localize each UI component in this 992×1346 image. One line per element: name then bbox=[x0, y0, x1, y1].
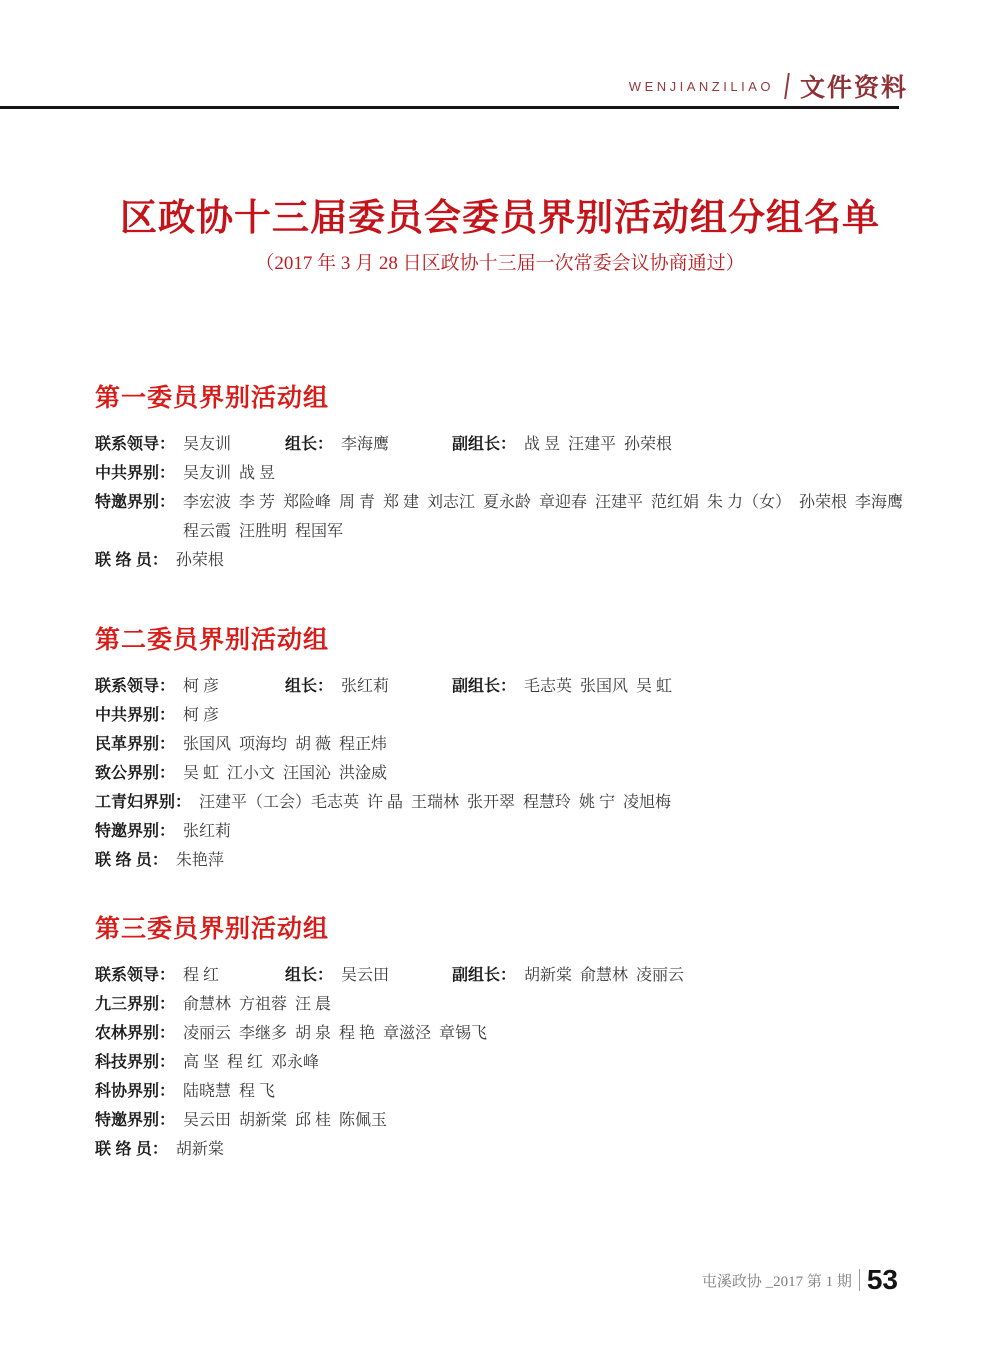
leaders-row: 联系领导： 吴友训 组长： 李海鹰 副组长： 战 昱 汪建平 孙荣根 bbox=[95, 430, 905, 459]
row-label: 组长： bbox=[285, 430, 333, 459]
member-row: 联 络 员： 胡新棠 bbox=[95, 1135, 905, 1164]
row-value: 柯 彦 bbox=[183, 672, 285, 701]
row-value: 战 昱 汪建平 孙荣根 bbox=[524, 430, 905, 459]
member-row: 联 络 员： 朱艳萍 bbox=[95, 846, 905, 875]
row-value: 李宏波 李 芳 郑险峰 周 青 郑 建 刘志江 夏永龄 章迎春 汪建平 范红娟 … bbox=[183, 488, 905, 546]
member-row: 特邀界别： 张红莉 bbox=[95, 817, 905, 846]
row-label: 中共界别： bbox=[95, 459, 175, 488]
header-latin-eyebrow: WENJIANZILIAO bbox=[629, 79, 774, 94]
row-label: 联 络 员： bbox=[95, 846, 168, 875]
row-value: 胡新棠 bbox=[176, 1135, 905, 1164]
row-label: 副组长： bbox=[452, 430, 516, 459]
row-label: 组长： bbox=[285, 961, 333, 990]
document-subtitle: （2017 年 3 月 28 日区政协十三届一次常委会议协商通过） bbox=[95, 251, 905, 277]
row-value: 吴云田 bbox=[341, 961, 452, 990]
row-value: 汪建平（工会）毛志英 许 晶 王瑞林 张开翠 程慧玲 姚 宁 凌旭梅 bbox=[199, 788, 905, 817]
row-value: 高 坚 程 红 邓永峰 bbox=[183, 1048, 905, 1077]
section-heading: 第二委员界别活动组 bbox=[95, 623, 905, 657]
row-value: 陆晓慧 程 飞 bbox=[183, 1077, 905, 1106]
row-value: 张红莉 bbox=[341, 672, 452, 701]
row-value: 吴云田 胡新棠 邱 桂 陈佩玉 bbox=[183, 1106, 905, 1135]
group-section-2: 第二委员界别活动组 联系领导： 柯 彦 组长： 张红莉 副组长： 毛志英 张国风… bbox=[95, 623, 905, 875]
leader-pair-deputy: 副组长： 战 昱 汪建平 孙荣根 bbox=[452, 430, 905, 459]
row-value: 李海鹰 bbox=[341, 430, 452, 459]
row-value: 俞慧林 方祖蓉 汪 晨 bbox=[183, 990, 905, 1019]
row-value: 柯 彦 bbox=[183, 701, 905, 730]
member-row: 工青妇界别： 汪建平（工会）毛志英 许 晶 王瑞林 张开翠 程慧玲 姚 宁 凌旭… bbox=[95, 788, 905, 817]
row-value: 吴 虹 江小文 汪国沁 洪淦威 bbox=[183, 759, 905, 788]
row-label: 中共界别： bbox=[95, 701, 175, 730]
row-label: 联 络 员： bbox=[95, 1135, 168, 1164]
row-label: 特邀界别： bbox=[95, 1106, 175, 1135]
row-label: 特邀界别： bbox=[95, 488, 175, 517]
group-section-3: 第三委员界别活动组 联系领导： 程 红 组长： 吴云田 副组长： 胡新棠 俞慧林… bbox=[95, 912, 905, 1164]
top-horizontal-rule bbox=[0, 106, 899, 109]
member-row: 科技界别： 高 坚 程 红 邓永峰 bbox=[95, 1048, 905, 1077]
row-label: 副组长： bbox=[452, 961, 516, 990]
leaders-row: 联系领导： 柯 彦 组长： 张红莉 副组长： 毛志英 张国风 吴 虹 bbox=[95, 672, 905, 701]
row-label: 科技界别： bbox=[95, 1048, 175, 1077]
member-row: 联 络 员： 孙荣根 bbox=[95, 546, 905, 575]
leader-pair-contact: 联系领导： 程 红 bbox=[95, 961, 285, 990]
document-content: 区政协十三届委员会委员界别活动组分组名单 （2017 年 3 月 28 日区政协… bbox=[95, 196, 905, 1164]
leader-pair-deputy: 副组长： 毛志英 张国风 吴 虹 bbox=[452, 672, 905, 701]
member-row: 民革界别： 张国风 项海均 胡 薇 程正炜 bbox=[95, 730, 905, 759]
row-value: 凌丽云 李继多 胡 泉 程 艳 章滋泾 章锡飞 bbox=[183, 1019, 905, 1048]
row-label: 联系领导： bbox=[95, 961, 175, 990]
leader-pair-contact: 联系领导： 柯 彦 bbox=[95, 672, 285, 701]
footer-journal-title: 屯溪政协 _2017 第 1 期 bbox=[702, 1270, 852, 1291]
row-label: 联系领导： bbox=[95, 430, 175, 459]
leader-pair-head: 组长： 李海鹰 bbox=[285, 430, 452, 459]
leader-pair-head: 组长： 张红莉 bbox=[285, 672, 452, 701]
row-value: 程 红 bbox=[183, 961, 285, 990]
row-label: 九三界别： bbox=[95, 990, 175, 1019]
footer-divider-bar bbox=[859, 1269, 860, 1291]
leader-pair-deputy: 副组长： 胡新棠 俞慧林 凌丽云 bbox=[452, 961, 905, 990]
page-footer: 屯溪政协 _2017 第 1 期 53 bbox=[702, 1266, 898, 1294]
row-label: 联 络 员： bbox=[95, 546, 168, 575]
row-value: 吴友训 bbox=[183, 430, 285, 459]
leader-pair-contact: 联系领导： 吴友训 bbox=[95, 430, 285, 459]
member-row: 致公界别： 吴 虹 江小文 汪国沁 洪淦威 bbox=[95, 759, 905, 788]
member-row: 中共界别： 吴友训 战 昱 bbox=[95, 459, 905, 488]
page-header: WENJIANZILIAO 文件资料 bbox=[629, 68, 908, 104]
leader-pair-head: 组长： 吴云田 bbox=[285, 961, 452, 990]
section-heading: 第三委员界别活动组 bbox=[95, 912, 905, 946]
row-label: 民革界别： bbox=[95, 730, 175, 759]
row-label: 科协界别： bbox=[95, 1077, 175, 1106]
header-divider-bar bbox=[784, 73, 790, 99]
row-value: 张红莉 bbox=[183, 817, 905, 846]
member-row: 中共界别： 柯 彦 bbox=[95, 701, 905, 730]
row-label: 工青妇界别： bbox=[95, 788, 191, 817]
row-label: 特邀界别： bbox=[95, 817, 175, 846]
group-section-1: 第一委员界别活动组 联系领导： 吴友训 组长： 李海鹰 副组长： 战 昱 汪建平… bbox=[95, 381, 905, 575]
row-value: 孙荣根 bbox=[176, 546, 905, 575]
leaders-row: 联系领导： 程 红 组长： 吴云田 副组长： 胡新棠 俞慧林 凌丽云 bbox=[95, 961, 905, 990]
document-title: 区政协十三届委员会委员界别活动组分组名单 bbox=[95, 196, 905, 240]
member-row: 特邀界别： 李宏波 李 芳 郑险峰 周 青 郑 建 刘志江 夏永龄 章迎春 汪建… bbox=[95, 488, 905, 546]
row-value: 胡新棠 俞慧林 凌丽云 bbox=[524, 961, 905, 990]
footer-page-number: 53 bbox=[867, 1266, 898, 1294]
member-row: 科协界别： 陆晓慧 程 飞 bbox=[95, 1077, 905, 1106]
row-value: 朱艳萍 bbox=[176, 846, 905, 875]
row-label: 副组长： bbox=[452, 672, 516, 701]
row-value: 吴友训 战 昱 bbox=[183, 459, 905, 488]
row-label: 农林界别： bbox=[95, 1019, 175, 1048]
row-label: 组长： bbox=[285, 672, 333, 701]
section-heading: 第一委员界别活动组 bbox=[95, 381, 905, 415]
member-row: 农林界别： 凌丽云 李继多 胡 泉 程 艳 章滋泾 章锡飞 bbox=[95, 1019, 905, 1048]
row-label: 致公界别： bbox=[95, 759, 175, 788]
row-value: 毛志英 张国风 吴 虹 bbox=[524, 672, 905, 701]
row-label: 联系领导： bbox=[95, 672, 175, 701]
header-section-title: 文件资料 bbox=[800, 68, 908, 104]
row-value: 张国风 项海均 胡 薇 程正炜 bbox=[183, 730, 905, 759]
member-row: 九三界别： 俞慧林 方祖蓉 汪 晨 bbox=[95, 990, 905, 1019]
member-row: 特邀界别： 吴云田 胡新棠 邱 桂 陈佩玉 bbox=[95, 1106, 905, 1135]
